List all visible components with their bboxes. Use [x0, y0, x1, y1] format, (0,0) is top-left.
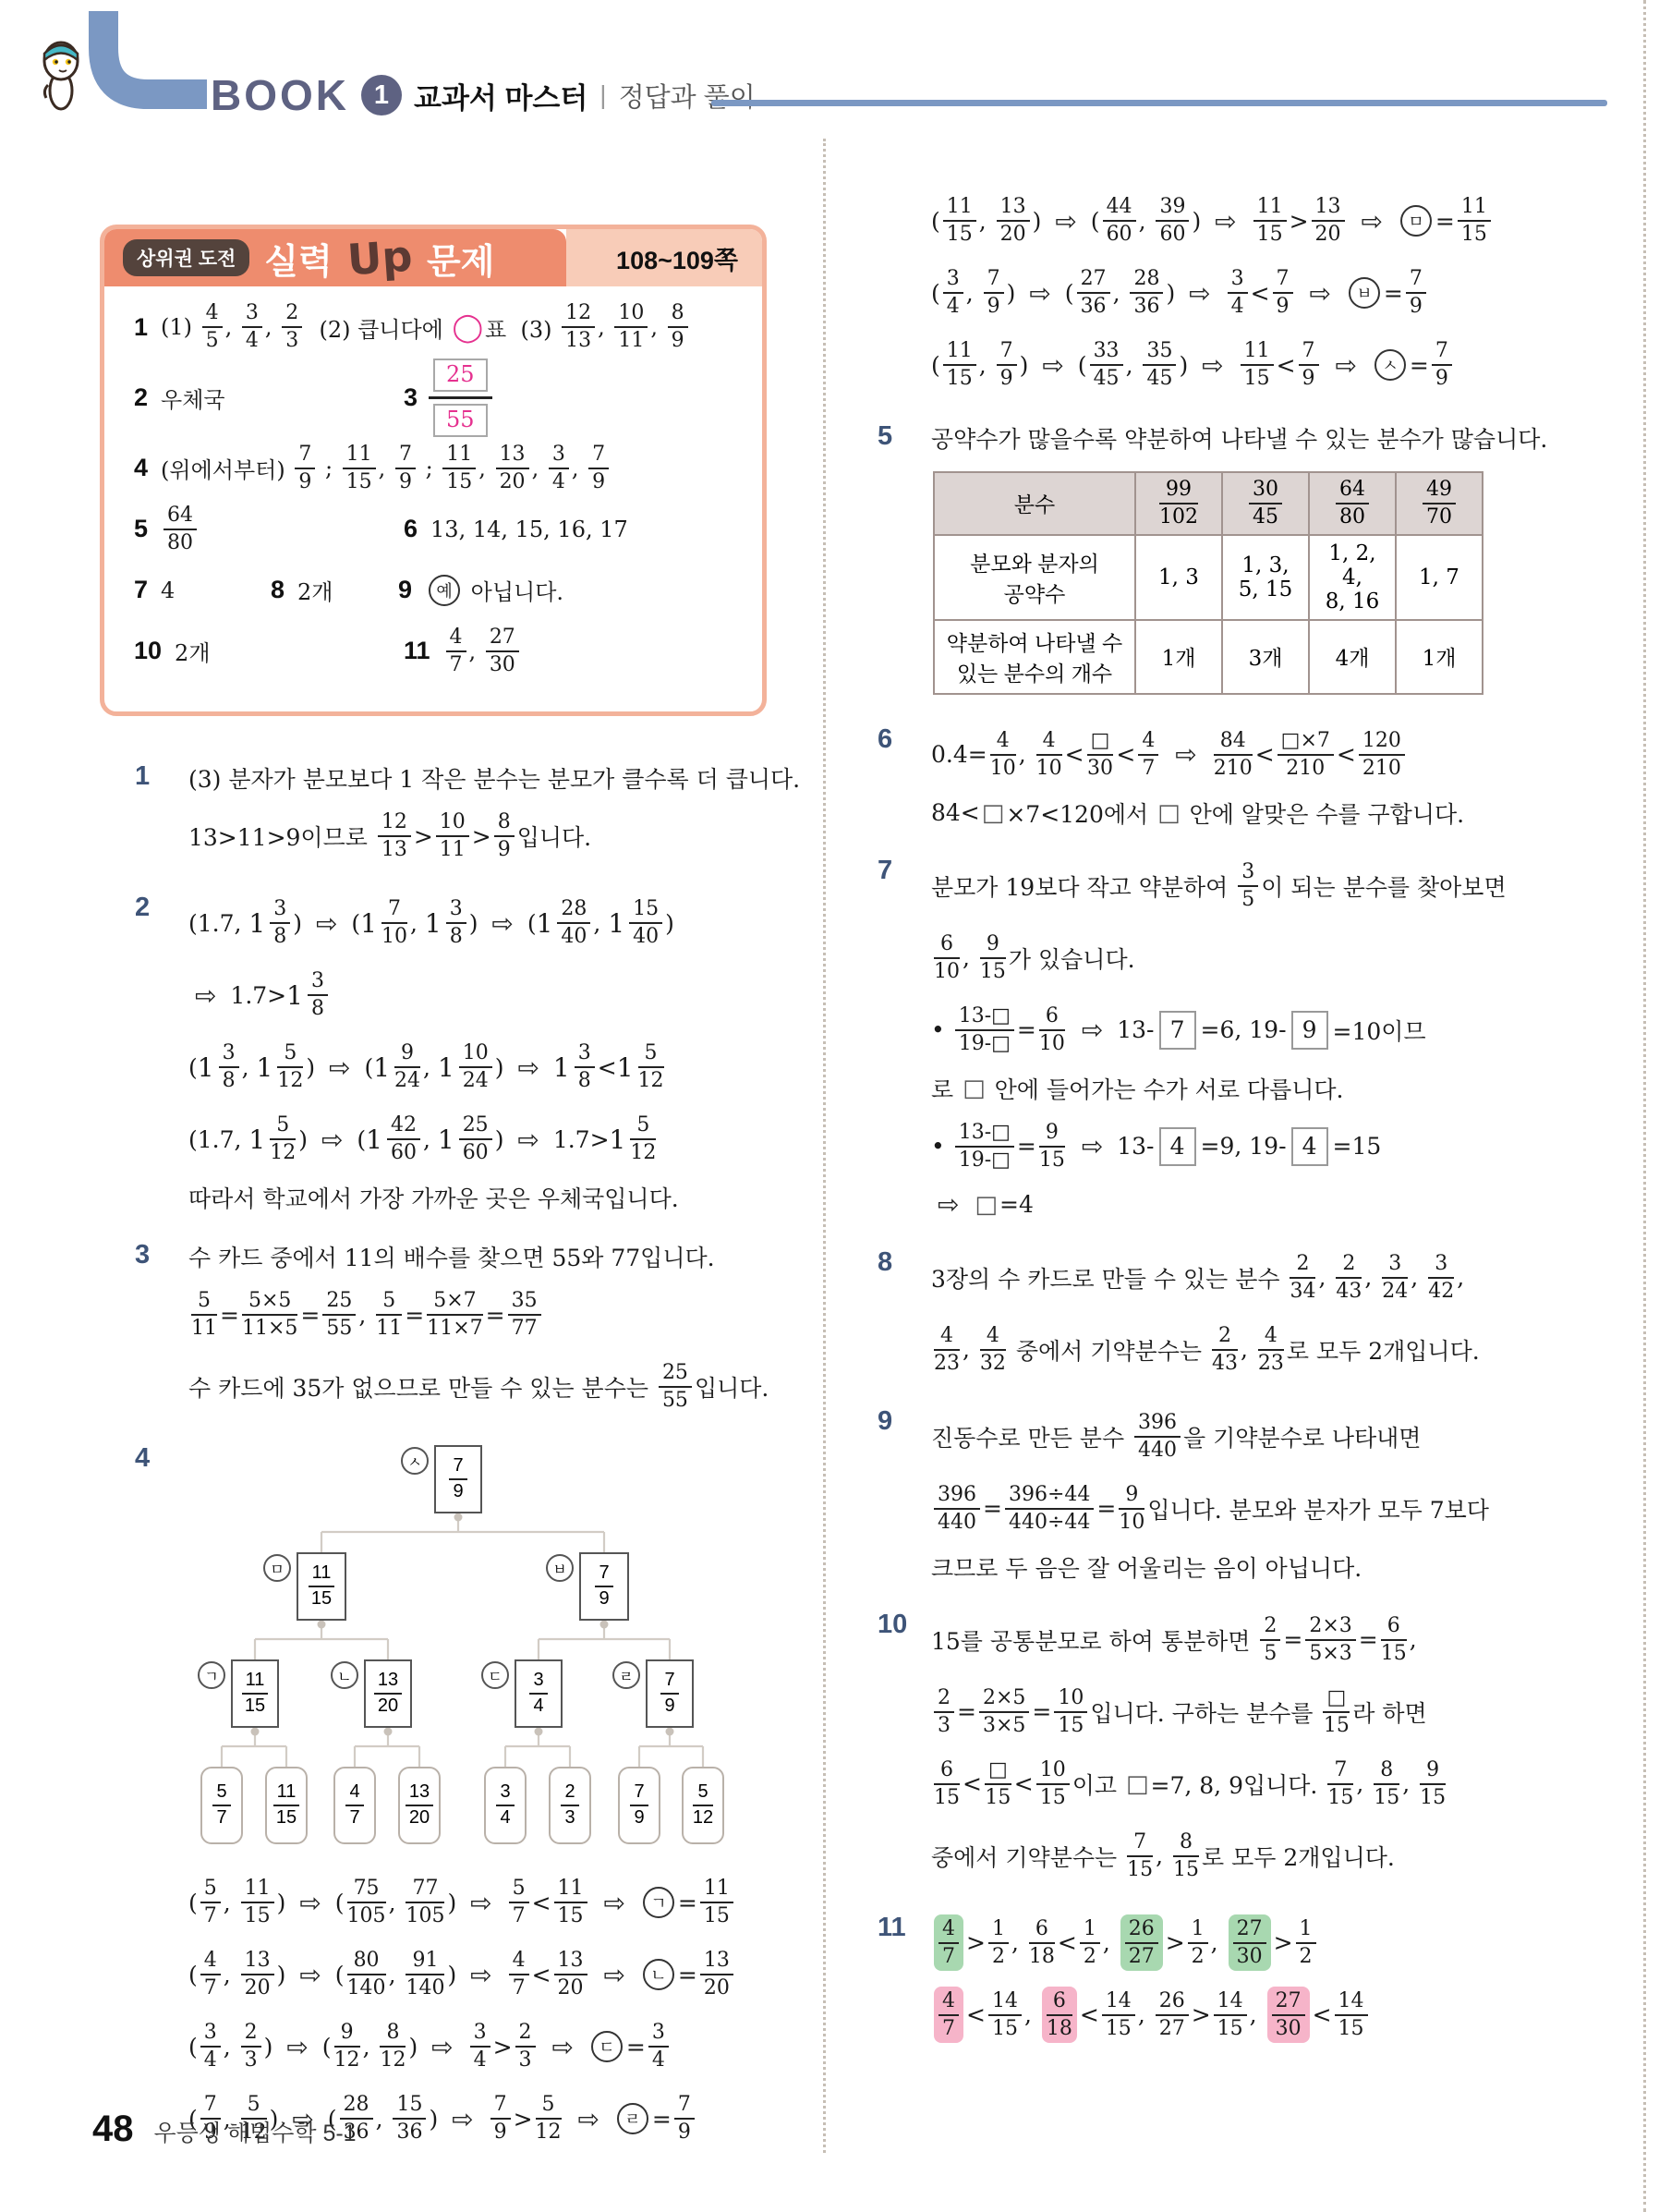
fraction-denominator: 10	[1039, 1031, 1065, 1055]
fraction: 618	[1042, 1987, 1077, 2044]
fraction-numerator: 3	[496, 1782, 514, 1806]
text-run: 2개	[175, 635, 210, 667]
fraction-denominator: 210	[1214, 756, 1253, 780]
text-run: 0.4=	[931, 741, 987, 768]
text-run: =7, 8, 9입니다.	[1151, 1768, 1326, 1801]
fraction: 2×35×3	[1305, 1615, 1355, 1665]
fraction-numerator: 7	[1127, 1831, 1153, 1857]
text-run: =	[678, 1890, 697, 1916]
text-run: (1)	[161, 314, 200, 340]
fraction-numerator: 5	[191, 1290, 217, 1316]
solution-block: 83장의 수 카드로 만들 수 있는 분수 234, 243, 324, 342…	[878, 1242, 1622, 1386]
solution-body: 진동수로 만든 분수 396440을 기약분수로 나타내면396440=396÷…	[931, 1401, 1622, 1589]
solution-number: 9	[878, 1401, 931, 1589]
fraction-numerator: 25	[322, 1290, 356, 1316]
fraction-numerator: 10	[1054, 1687, 1087, 1713]
fraction-numerator: 12	[562, 302, 595, 328]
answer-item: 74	[134, 576, 271, 604]
arrow-right-icon: ⇨	[1042, 350, 1063, 381]
fraction-denominator: 11×5	[242, 1316, 297, 1340]
solution-line: (3) 분자가 분모보다 1 작은 분수는 분모가 클수록 더 큽니다.	[188, 756, 826, 800]
text-run: >	[493, 2034, 513, 2060]
fraction-numerator: 10	[459, 1042, 492, 1068]
fraction: 1115	[309, 1563, 335, 1609]
table-cell: 분모와 분자의 공약수	[934, 535, 1135, 620]
text-run: 입니다.	[517, 820, 591, 853]
solution-line: 중에서 기약분수는 715, 815로 모두 2개입니다.	[931, 1820, 1622, 1892]
integer-part: 1	[553, 1052, 570, 1083]
fraction-denominator: 20	[1312, 222, 1345, 246]
tree-node-label: ㅅ	[401, 1447, 429, 1475]
fraction: 47	[345, 1782, 363, 1828]
fraction: 432	[980, 1325, 1006, 1375]
integer-part: 1	[373, 1052, 390, 1083]
header-rule	[711, 100, 1607, 106]
fraction-numerator: 1	[1296, 1918, 1316, 1944]
circled-text: ㄷ	[591, 2031, 623, 2062]
fraction-denominator: 4	[648, 2048, 669, 2072]
fraction-numerator: 7	[295, 444, 315, 469]
fraction-numerator: 396	[934, 1484, 980, 1510]
text-run: 아닙니다.	[464, 574, 563, 606]
fraction: 1015	[1054, 1687, 1087, 1737]
mixed-number: 1512	[257, 1042, 307, 1092]
text-run: ,	[1211, 1929, 1226, 1956]
fraction-numerator: 13-□	[955, 1122, 1014, 1148]
text-run: <	[1080, 2001, 1099, 2028]
solution-line: 수 카드 중에서 11의 배수를 찾으면 55와 77입니다.	[188, 1234, 826, 1279]
answer-item: 56480	[134, 504, 404, 554]
footer-book-title: 우등생 해법수학 5-1	[154, 2115, 357, 2148]
answer-item: 4(위에서부터) 79 ; 1115, 79 ; 1115, 1320, 34,…	[134, 444, 612, 493]
arrow-right-icon: ⇨	[1082, 1015, 1103, 1045]
fraction-denominator: 12	[334, 2048, 360, 2072]
footer-page-number: 48	[92, 2109, 134, 2150]
fraction-denominator: 7	[345, 1806, 363, 1829]
text-run: 중에서 기약분수는	[1009, 1333, 1209, 1367]
fraction-denominator: 11	[376, 1316, 402, 1340]
fraction-denominator: 7	[200, 1903, 221, 1927]
fraction: 6480	[163, 504, 197, 554]
fraction: 615	[934, 1759, 960, 1809]
text-run: >	[1290, 208, 1309, 235]
fraction: 35	[1238, 861, 1258, 911]
text-run: ,	[593, 910, 608, 937]
common-divisor-table: 분수99102304564804970분모와 분자의 공약수1, 31, 3, …	[933, 471, 1483, 695]
fraction-numerator: 27	[486, 626, 519, 652]
answer-item: 9예 아닙니다.	[398, 574, 563, 606]
fraction-numerator: 3	[1382, 1253, 1408, 1279]
fraction: 34	[470, 2022, 490, 2072]
fraction: 1415	[988, 1990, 1022, 2040]
fraction: 79	[997, 340, 1017, 390]
text-run: =	[1359, 1626, 1378, 1653]
text-run: =9, 19-	[1201, 1133, 1287, 1160]
fraction-numerator: 49	[1423, 479, 1456, 504]
fraction-numerator: 7	[1406, 268, 1426, 294]
text-run: 4개	[1336, 647, 1370, 671]
text-run: =	[1435, 208, 1455, 235]
answer-item: 613, 14, 15, 16, 17	[404, 515, 628, 543]
text-run: (	[349, 1126, 366, 1153]
fraction-denominator: 7	[509, 1903, 529, 1927]
fraction-numerator: 28	[1130, 268, 1163, 294]
answer-row: 7482개9예 아닙니다.	[134, 561, 742, 620]
fraction-denominator: 15	[309, 1587, 335, 1610]
solution-block: 2(1.7, 138) ⇨ (1710, 138) ⇨ (12840, 1154…	[135, 887, 826, 1220]
solution-block: 7분모가 19보다 작고 약분하여 35이 되는 분수를 찾아보면610, 91…	[878, 850, 1622, 1227]
text-run: ,	[225, 314, 239, 340]
text-run: (	[344, 910, 360, 937]
fraction-numerator: 2×3	[1305, 1615, 1355, 1641]
text-run: ,	[410, 910, 425, 937]
fraction-denominator: 2	[1296, 1944, 1316, 1968]
fraction: 57	[509, 1878, 529, 1927]
fraction-numerator: 2	[241, 2022, 261, 2048]
text-run	[1338, 280, 1345, 307]
fraction: 38	[446, 898, 466, 948]
fraction: 13-□19-□	[955, 1005, 1014, 1055]
text-run: =	[678, 1962, 697, 1988]
answer-value: 우체국	[161, 382, 225, 414]
solution-body: (3) 분자가 분모보다 1 작은 분수는 분모가 클수록 더 큽니다.13>1…	[188, 756, 826, 872]
fraction-numerator: 11	[943, 340, 976, 366]
fraction-denominator: 4	[470, 2048, 490, 2072]
arrow-right-icon: ⇨	[1215, 206, 1236, 237]
tree-node: 34	[515, 1659, 563, 1728]
solution-body: 분모가 19보다 작고 약분하여 35이 되는 분수를 찾아보면610, 915…	[931, 850, 1622, 1227]
solution-line: 610, 915가 있습니다.	[931, 922, 1622, 994]
fraction-denominator: 30	[1272, 2016, 1305, 2040]
fraction-denominator: 8	[270, 924, 290, 948]
arrow-right-icon: ⇨	[552, 2032, 574, 2062]
title-word-up: Up	[345, 231, 414, 286]
fraction: 1540	[629, 898, 662, 948]
mixed-number: 138	[198, 1042, 242, 1092]
text-run: )	[447, 1890, 464, 1916]
fraction: 79	[630, 1782, 648, 1828]
text-run: )	[408, 2034, 425, 2060]
integer-part: 1	[248, 908, 265, 939]
fraction-denominator: 15	[1214, 2016, 1247, 2040]
text-run: =	[983, 1495, 1002, 1522]
fraction: 99102	[1159, 479, 1198, 529]
fraction-numerator: 7	[595, 1563, 612, 1587]
arrow-right-icon: ⇨	[431, 2032, 453, 2062]
solution-line: 396440=396÷44440÷44=910입니다. 분모와 분자가 모두 7…	[931, 1473, 1622, 1545]
fraction-denominator: 55	[659, 1388, 692, 1412]
fraction: 5×711×7	[427, 1290, 482, 1340]
table-cell: 3개	[1222, 620, 1309, 694]
text-run: 표 (3)	[485, 311, 559, 344]
fraction: 84210	[1214, 730, 1253, 780]
fraction: 512	[536, 2094, 562, 2144]
arrow-right-icon: ⇨	[321, 1124, 343, 1155]
fraction-denominator: 27	[1156, 2016, 1189, 2040]
text-run: ,	[1356, 1770, 1371, 1797]
fraction: 2560	[459, 1114, 492, 1164]
fraction-numerator: 39	[1156, 196, 1189, 222]
fraction-denominator: 12	[380, 2048, 406, 2072]
answer-box: 상위권 도전 실력 Up 문제 108~109쪽 1(1) 45, 34, 23…	[100, 225, 767, 716]
fraction: 13-□19-□	[955, 1122, 1014, 1172]
answer-value: 예 아닙니다.	[425, 574, 563, 606]
fraction-numerator: 6	[934, 1759, 960, 1785]
integer-part: 1	[438, 1052, 454, 1083]
fraction-denominator: 34	[1290, 1279, 1315, 1303]
table-cell: 1, 7	[1396, 535, 1483, 620]
fraction-denominator: 7	[446, 652, 466, 676]
text-run: ,	[1410, 1626, 1417, 1653]
fraction-numerator: 2	[561, 1782, 578, 1806]
fraction: 6480	[1336, 479, 1369, 529]
text-run: =	[626, 2034, 646, 2060]
answer-item: 1(1) 45, 34, 23 (2) 큽니다에 ◯표 (3) 1213, 10…	[134, 302, 691, 352]
fraction: 715	[1127, 1831, 1153, 1881]
fraction-denominator: 15	[1253, 222, 1287, 246]
text-run: ,	[598, 314, 612, 340]
fraction-numerator: 14	[1102, 1990, 1135, 2016]
table-cell: 1개	[1396, 620, 1483, 694]
text-run: ,	[1139, 208, 1154, 235]
fraction-numerator: 13	[374, 1671, 402, 1695]
text-run: ×7<120에서	[1006, 796, 1156, 830]
fraction-denominator: 7	[938, 2016, 959, 2040]
fraction-denominator: 40	[557, 924, 590, 948]
text-run: 이고	[1072, 1768, 1124, 1801]
fraction-numerator: 4	[980, 1325, 1006, 1351]
fraction: 815	[1173, 1831, 1199, 1881]
fraction-numerator: 3	[549, 444, 569, 469]
text-run: ,	[1318, 1264, 1333, 1291]
solution-line: 진동수로 만든 분수 396440을 기약분수로 나타내면	[931, 1401, 1622, 1473]
solution-line: 크므로 두 음은 잘 어울리는 음이 아닙니다.	[931, 1545, 1622, 1589]
table-row: 약분하여 나타낼 수 있는 분수의 개수1개3개4개1개	[934, 620, 1483, 694]
fraction-denominator: 11	[191, 1316, 217, 1340]
fraction: 2555	[322, 1290, 356, 1340]
fraction-numerator: 80	[347, 1950, 386, 1975]
text-run: )	[1007, 280, 1023, 307]
mixed-number: 138	[425, 898, 469, 948]
fraction-numerator: 5	[277, 1042, 303, 1068]
fraction-denominator: 10	[934, 959, 960, 983]
fraction-numerator: 3	[1238, 861, 1258, 887]
fraction: 1415	[1335, 1990, 1368, 2040]
solution-number: 6	[878, 719, 931, 835]
text-run	[1230, 352, 1238, 379]
solution-line: (1.7, 138) ⇨ (1710, 138) ⇨ (12840, 11540…	[188, 887, 826, 959]
text-run: <	[532, 1890, 551, 1916]
text-run: ,	[389, 1962, 404, 1988]
mixed-number: 138	[286, 970, 331, 1020]
fraction-numerator: 4	[200, 1950, 221, 1975]
fraction-denominator: 15	[700, 1903, 733, 1927]
mixed-number: 12560	[438, 1114, 495, 1164]
fraction-denominator: 3	[282, 328, 302, 352]
arrow-right-icon: ⇨	[1362, 206, 1383, 237]
fraction-denominator: 7	[1138, 756, 1158, 780]
fraction: 79	[984, 268, 1004, 318]
text-run: ,	[363, 2034, 378, 2060]
text-run: 따라서 학교에서 가장 가까운 곳은 우체국입니다.	[188, 1181, 679, 1214]
text-run: )	[277, 1962, 294, 1988]
fraction-denominator: 13	[562, 328, 595, 352]
fraction-denominator: 2	[1188, 1944, 1208, 1968]
fraction-denominator: 7	[212, 1806, 230, 1829]
fraction: 75105	[347, 1878, 386, 1927]
text-run: =	[1096, 1495, 1116, 1522]
fraction-denominator: 9	[997, 366, 1017, 390]
tree-node: 1115	[265, 1767, 308, 1844]
fraction: 34	[200, 2022, 221, 2072]
text-run: =	[220, 1302, 239, 1329]
text-run: =	[1017, 1133, 1036, 1160]
fraction-denominator: 36	[1077, 294, 1110, 318]
fraction-numerator: □	[1087, 730, 1114, 756]
arrow-right-icon: ⇨	[1310, 278, 1331, 309]
fraction: 3345	[1090, 340, 1123, 390]
challenge-badge: 상위권 도전	[123, 239, 249, 276]
fraction-numerator: 8	[668, 302, 688, 328]
fraction: 120210	[1359, 730, 1405, 780]
fraction-numerator: 7	[1273, 268, 1293, 294]
text-run: (1.7,	[188, 910, 248, 937]
integer-part: 1	[438, 1124, 454, 1155]
fraction-numerator: 4	[1138, 730, 1158, 756]
fraction-denominator: 24	[394, 1068, 420, 1092]
solution-line: 공약수가 많을수록 약분하여 나타낼 수 있는 분수가 많습니다.	[931, 416, 1622, 460]
fraction-denominator: 15	[241, 1903, 274, 1927]
fraction-denominator: 8	[446, 924, 466, 948]
answer-number: 2	[134, 383, 148, 412]
text-run: )	[264, 2034, 281, 2060]
answer-number: 8	[271, 576, 285, 604]
mixed-number: 138	[248, 898, 293, 948]
fraction: 47	[934, 1987, 963, 2044]
fraction-denominator: 15	[343, 469, 376, 493]
fraction-denominator: 15	[934, 1785, 960, 1809]
solution-number: 7	[878, 850, 931, 1227]
fraction-denominator: 20	[554, 1975, 587, 1999]
text-run: )	[1020, 352, 1036, 379]
fraction: 1320	[700, 1950, 733, 1999]
text-run	[546, 1054, 553, 1081]
fraction: 710	[381, 898, 407, 948]
text-run: ,	[1011, 1929, 1026, 1956]
fraction: 2627	[1120, 1914, 1163, 1972]
integer-part: 1	[617, 1052, 634, 1083]
fraction-denominator: 4	[943, 294, 963, 318]
text-run	[590, 1962, 598, 1988]
mixed-number: 138	[553, 1042, 598, 1092]
text-run	[590, 1890, 598, 1916]
text-run: (1.7,	[188, 1126, 248, 1153]
fraction-denominator: 15	[1381, 1641, 1407, 1665]
fraction-denominator: 102	[1159, 504, 1198, 529]
table-row: 분수99102304564804970	[934, 472, 1483, 535]
fraction-numerator: 11	[554, 1878, 587, 1903]
fraction-numerator: 7	[449, 1456, 466, 1480]
book-logo: BOOK	[211, 70, 349, 120]
fraction: 34	[242, 302, 262, 352]
fraction-numerator: 3	[575, 1042, 595, 1068]
text-run: •	[931, 1133, 952, 1160]
fraction: 79	[490, 2094, 511, 2144]
fraction: 1115	[700, 1878, 733, 1927]
tree-node: 1115	[231, 1659, 279, 1728]
fraction-denominator: 23	[934, 1351, 960, 1375]
fraction-denominator: 15	[1173, 1857, 1199, 1881]
text-run: <	[532, 1962, 551, 1988]
fraction-numerator: 3	[200, 2022, 221, 2048]
fraction-denominator: 24	[459, 1068, 492, 1092]
answer-row: 56480613, 14, 15, 16, 17	[134, 500, 742, 559]
fraction: 410	[990, 730, 1016, 780]
page-header: BOOK 1 교과서 마스터 | 정답과 풀이	[211, 70, 756, 120]
fraction-denominator: 40	[629, 924, 662, 948]
solution-line: 0.4=410, 410<□30<47 ⇨ 84210<□×7210<12021…	[931, 719, 1622, 791]
text-run	[632, 1962, 639, 1988]
text-run: =4	[999, 1191, 1034, 1218]
fraction: 4970	[1423, 479, 1456, 529]
page-range-label: 108~109쪽	[616, 240, 738, 276]
solution-line: 511=5×511×5=2555, 511=5×711×7=3577	[188, 1279, 826, 1351]
fraction: 1115	[241, 1878, 274, 1927]
fraction-numerator: 396÷44	[1005, 1484, 1094, 1510]
fraction: 1024	[459, 1042, 492, 1092]
arrow-right-icon: ⇨	[604, 1888, 625, 1918]
fraction: 47	[509, 1950, 529, 1999]
solution-line: 47<1415, 618<1415, 2627>1415, 2730<1415	[931, 1979, 1622, 2051]
fraction-denominator: 12	[277, 1068, 303, 1092]
fraction-denominator: 9	[630, 1806, 648, 1829]
table-cell: 1개	[1135, 620, 1222, 694]
fraction-numerator: 44	[1103, 196, 1136, 222]
text-run: <	[1116, 741, 1135, 768]
text-run: (	[315, 2034, 332, 2060]
fraction-denominator: 4	[529, 1695, 547, 1717]
fraction: 2555	[659, 1362, 692, 1412]
solution-body: 0.4=410, 410<□30<47 ⇨ 84210<□×7210<12021…	[931, 719, 1622, 835]
text-run: ,	[1457, 1264, 1464, 1291]
text-run: >	[472, 823, 491, 850]
fraction-numerator: 33	[1090, 340, 1123, 366]
fraction: 1320	[1312, 196, 1345, 246]
fraction-numerator: 27	[1077, 268, 1110, 294]
solution-body: (1.7, 138) ⇨ (1710, 138) ⇨ (12840, 11540…	[188, 887, 826, 1220]
fraction-numerator: 1	[988, 1918, 1009, 1944]
solution-line: (57, 1115) ⇨ (75105, 77105) ⇨ 57<1115 ⇨ …	[188, 1866, 826, 1939]
tree-node: 512	[682, 1767, 724, 1844]
fraction: 1011	[436, 811, 469, 861]
fraction-denominator: 60	[387, 1140, 420, 1164]
text-run: 13, 14, 15, 16, 17	[430, 517, 628, 542]
text-run: )	[1192, 208, 1208, 235]
fraction-numerator: 8	[494, 811, 515, 837]
book-number-badge: 1	[361, 75, 402, 115]
fraction-numerator: 5	[638, 1042, 664, 1068]
fraction-denominator: 70	[1423, 504, 1456, 529]
fraction-denominator: 9	[1299, 366, 1319, 390]
title-word-left: 실력	[264, 233, 332, 284]
fraction: 1115	[943, 340, 976, 390]
fraction: 79	[595, 1563, 612, 1609]
fraction-numerator: 30	[1249, 479, 1282, 504]
fraction-denominator: 8	[219, 1068, 239, 1092]
fraction-numerator: 3	[446, 898, 466, 924]
fraction-numerator: 2	[1260, 1615, 1280, 1641]
text-run: ,	[265, 314, 279, 340]
